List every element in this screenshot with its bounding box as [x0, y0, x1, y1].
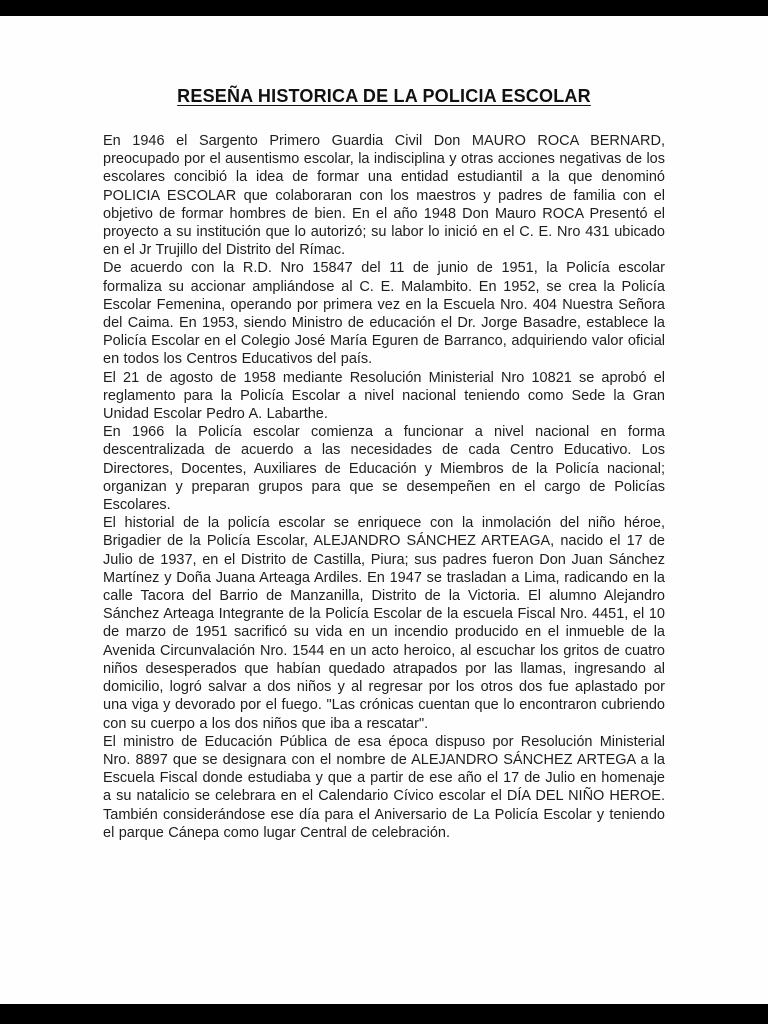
paragraph-6: El ministro de Educación Pública de esa …	[103, 733, 665, 842]
document-body: En 1946 el Sargento Primero Guardia Civi…	[103, 132, 665, 842]
document-page: RESEÑA HISTORICA DE LA POLICIA ESCOLAR E…	[0, 16, 768, 1004]
document-viewer: RESEÑA HISTORICA DE LA POLICIA ESCOLAR E…	[0, 0, 768, 1024]
letterbox-bar-top	[0, 0, 768, 16]
paragraph-1: En 1946 el Sargento Primero Guardia Civi…	[103, 132, 665, 259]
paragraph-2: De acuerdo con la R.D. Nro 15847 del 11 …	[103, 259, 665, 368]
letterbox-bar-bottom	[0, 1004, 768, 1024]
paragraph-3: El 21 de agosto de 1958 mediante Resoluc…	[103, 369, 665, 424]
document-title: RESEÑA HISTORICA DE LA POLICIA ESCOLAR	[103, 86, 665, 107]
paragraph-4: En 1966 la Policía escolar comienza a fu…	[103, 423, 665, 514]
paragraph-5: El historial de la policía escolar se en…	[103, 514, 665, 732]
